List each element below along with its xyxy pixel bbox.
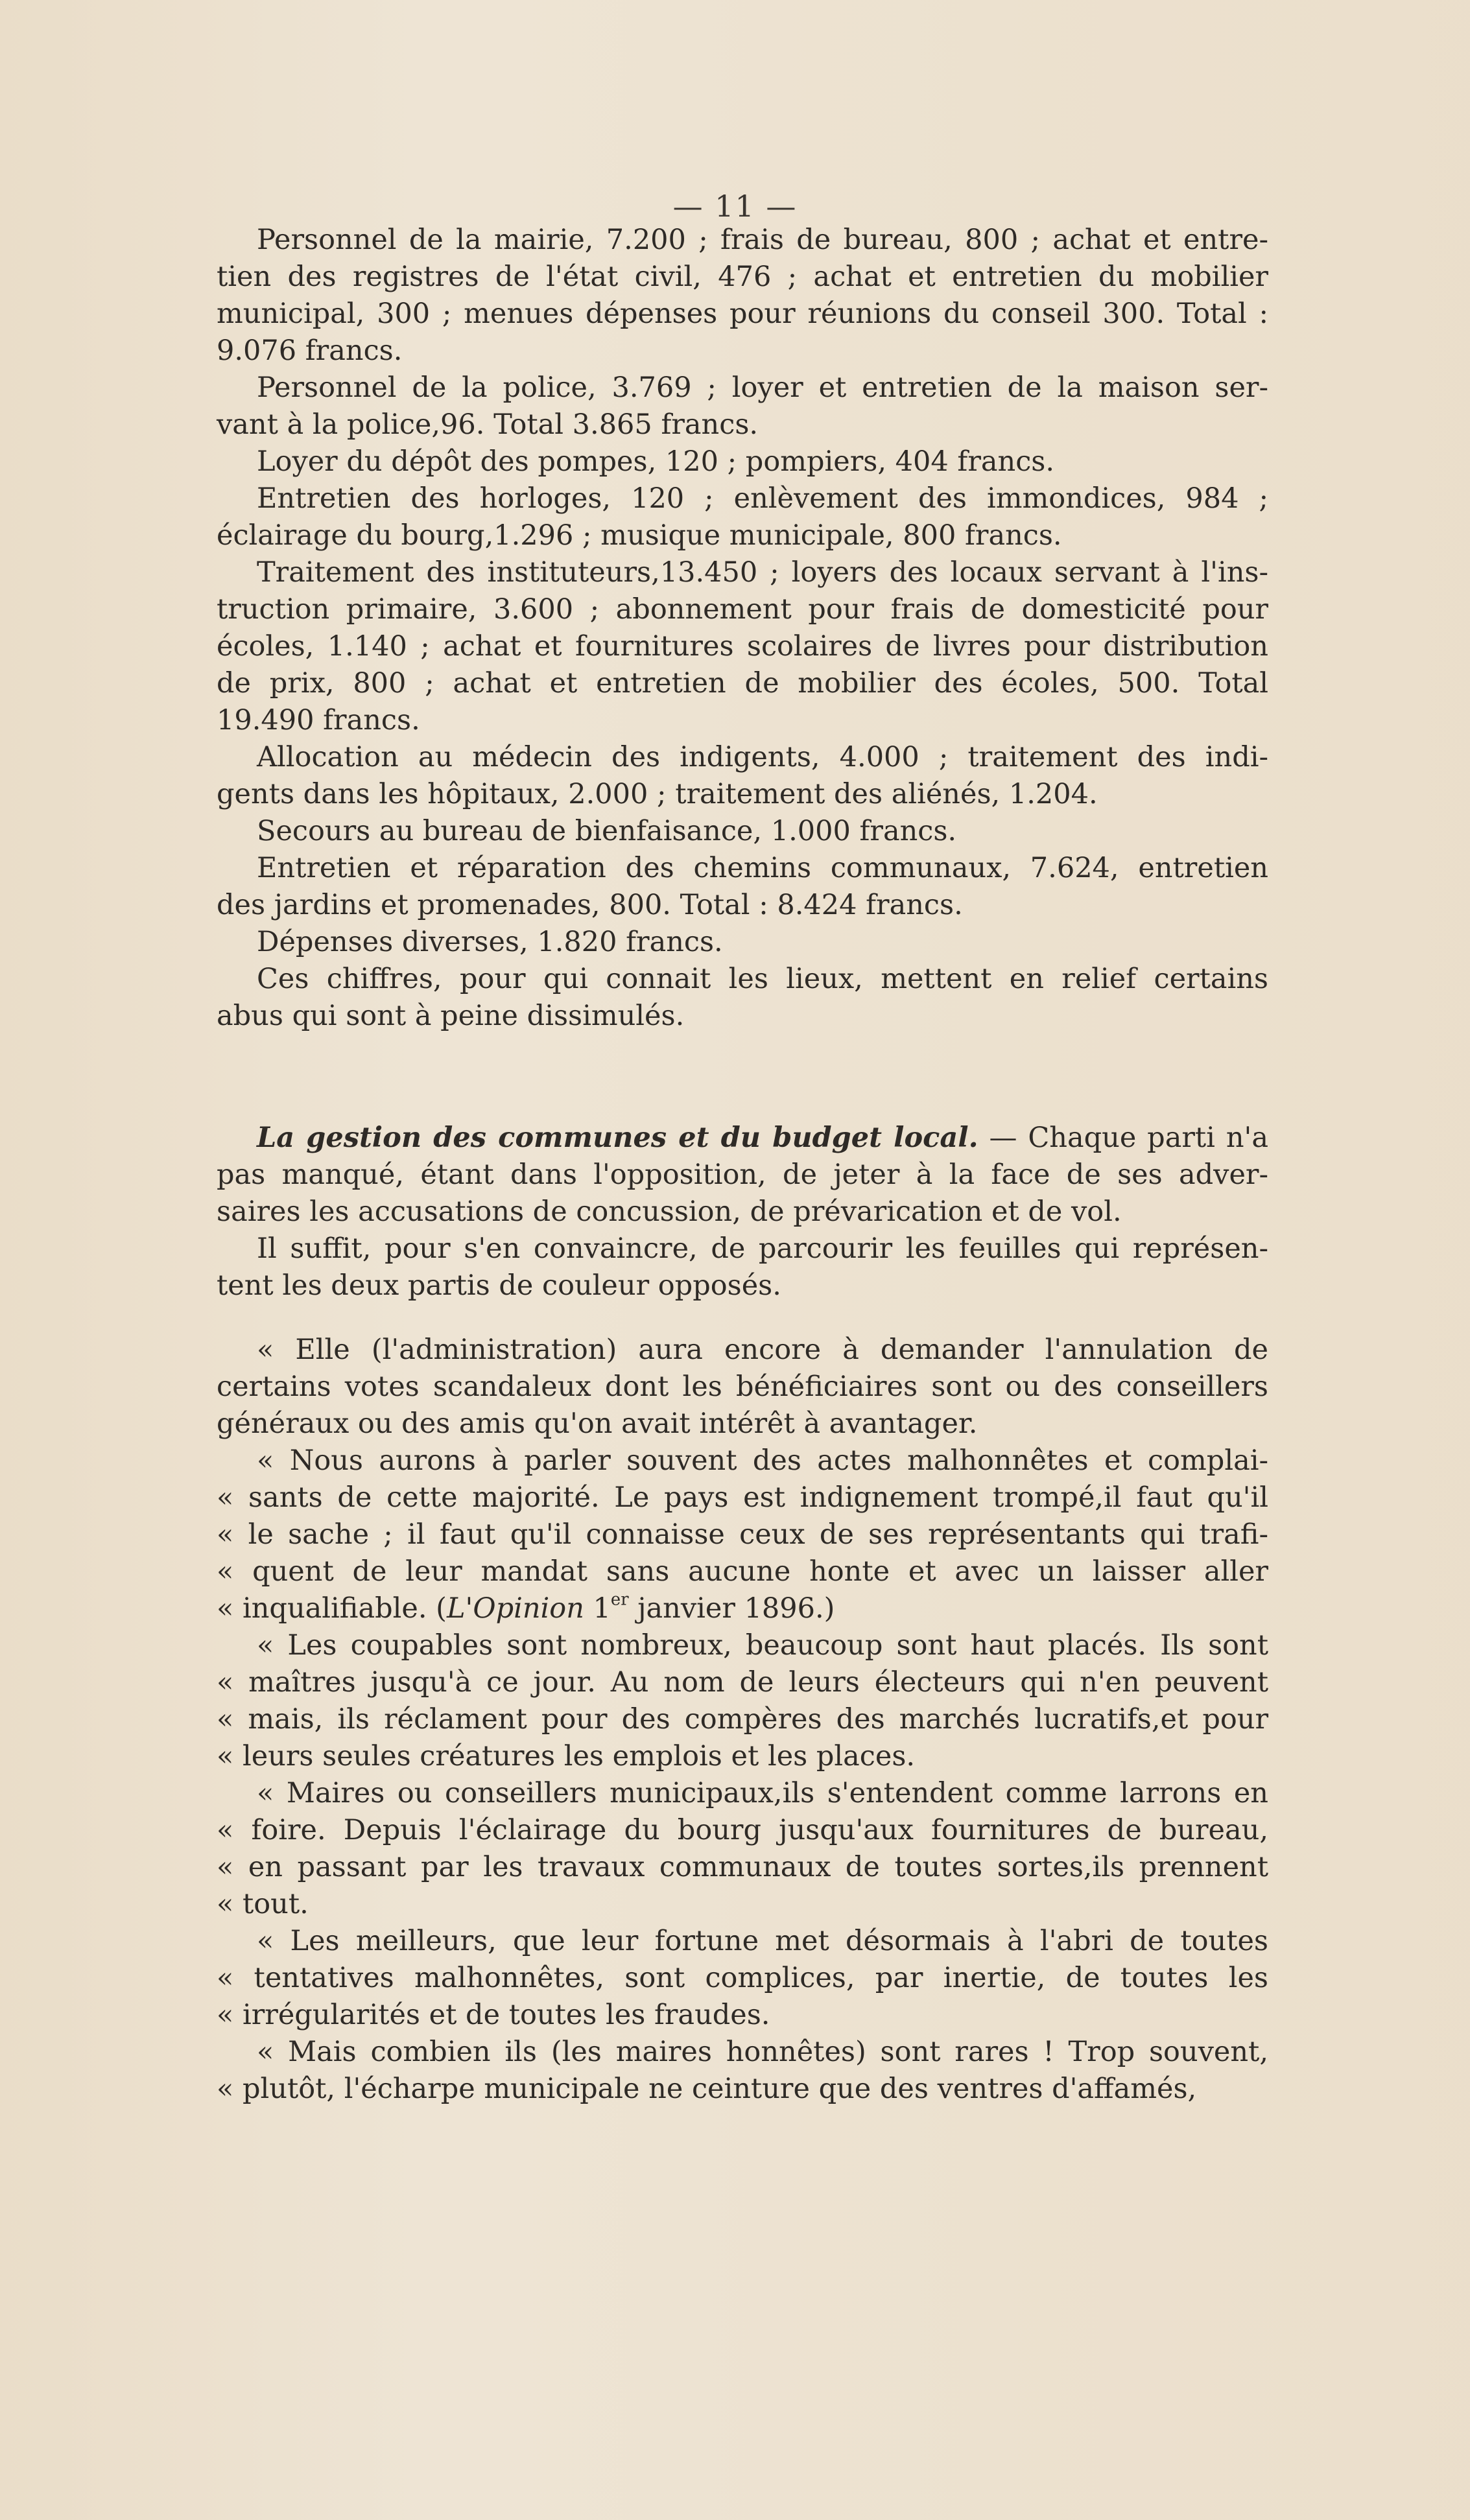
text-line: « foire. Depuis l'éclairage du bourg jus… xyxy=(176,1812,1268,1849)
text-line: abus qui sont à peine dissimulés. xyxy=(176,998,1268,1035)
text-line: 9.076 francs. xyxy=(176,333,1268,370)
paragraph-depenses-diverses: Dépenses diverses, 1.820 francs. xyxy=(176,924,1268,961)
text-line: « Nous aurons à parler souvent des actes… xyxy=(176,1443,1268,1479)
page-number: — 11 — xyxy=(0,187,1470,226)
body-text: Personnel de la mairie, 7.200 ; frais de… xyxy=(176,222,1268,2108)
text-line: « leurs seules créatures les emplois et … xyxy=(176,1738,1268,1775)
text-line: éclairage du bourg,1.296 ; musique munic… xyxy=(176,517,1268,554)
text-line: « le sache ; il faut qu'il connaisse ceu… xyxy=(176,1516,1268,1553)
citation-superscript: er xyxy=(611,1590,629,1610)
text-line: « irrégularités et de toutes les fraudes… xyxy=(176,1997,1268,2034)
paragraph-mairie: Personnel de la mairie, 7.200 ; frais de… xyxy=(176,222,1268,370)
paragraph-pompes: Loyer du dépôt des pompes, 120 ; pompier… xyxy=(176,443,1268,480)
citation-date: janvier 1896.) xyxy=(629,1592,835,1625)
text-line: « Maires ou conseillers municipaux,ils s… xyxy=(176,1775,1268,1812)
text-line: truction primaire, 3.600 ; abonnement po… xyxy=(176,591,1268,628)
paragraph-police: Personnel de la police, 3.769 ; loyer et… xyxy=(176,370,1268,443)
text-line: Secours au bureau de bienfaisance, 1.000… xyxy=(176,813,1268,850)
section-paragraph-2: Il suffit, pour s'en convaincre, de parc… xyxy=(176,1231,1268,1304)
text-line: des jardins et promenades, 800. Total : … xyxy=(176,887,1268,924)
text-line: tent les deux partis de couleur opposés. xyxy=(176,1267,1268,1304)
text-line: 19.490 francs. xyxy=(176,702,1268,739)
paragraph-horloges: Entretien des horloges, 120 ; enlèvement… xyxy=(176,480,1268,554)
quote-coupables: « Les coupables sont nombreux, beaucoup … xyxy=(176,1627,1268,1775)
citation-day: 1 xyxy=(584,1592,611,1625)
text-line: La gestion des communes et du budget loc… xyxy=(176,1120,1268,1157)
text-line: Il suffit, pour s'en convaincre, de parc… xyxy=(176,1231,1268,1267)
quote-maires: « Maires ou conseillers municipaux,ils s… xyxy=(176,1775,1268,1923)
text-line: généraux ou des amis qu'on avait intérêt… xyxy=(176,1406,1268,1443)
text-line: Allocation au médecin des indigents, 4.0… xyxy=(176,739,1268,776)
text-line: vant à la police,96. Total 3.865 francs. xyxy=(176,406,1268,443)
text-line: gents dans les hôpitaux, 2.000 ; traitem… xyxy=(176,776,1268,813)
text-line: certains votes scandaleux dont les bénéf… xyxy=(176,1369,1268,1406)
text-line: « maîtres jusqu'à ce jour. Au nom de leu… xyxy=(176,1664,1268,1701)
text-line: Personnel de la mairie, 7.200 ; frais de… xyxy=(176,222,1268,259)
paragraph-chemins: Entretien et réparation des chemins comm… xyxy=(176,850,1268,924)
quote-majorite: « Nous aurons à parler souvent des actes… xyxy=(176,1443,1268,1627)
text-line: saires les accusations de concussion, de… xyxy=(176,1194,1268,1231)
text-line: « mais, ils réclament pour des compères … xyxy=(176,1701,1268,1738)
quote-spacer xyxy=(176,1304,1268,1332)
text-fragment: « inqualifiable. ( xyxy=(217,1592,447,1625)
section-spacer xyxy=(176,1035,1268,1120)
section-intro: La gestion des communes et du budget loc… xyxy=(176,1120,1268,1231)
quote-meilleurs: « Les meilleurs, que leur fortune met dé… xyxy=(176,1923,1268,2034)
text-line: « Elle (l'administration) aura encore à … xyxy=(176,1332,1268,1369)
text-line: « sants de cette majorité. Le pays est i… xyxy=(176,1479,1268,1516)
text-line: « plutôt, l'écharpe municipale ne ceintu… xyxy=(176,2071,1268,2108)
text-line: « Mais combien ils (les maires honnêtes)… xyxy=(176,2034,1268,2071)
citation-source: L'Opinion xyxy=(447,1592,584,1625)
text-line: Entretien des horloges, 120 ; enlèvement… xyxy=(176,480,1268,517)
text-line: Traitement des instituteurs,13.450 ; loy… xyxy=(176,554,1268,591)
paragraph-conclusion: Ces chiffres, pour qui connait les lieux… xyxy=(176,961,1268,1035)
paragraph-bienfaisance: Secours au bureau de bienfaisance, 1.000… xyxy=(176,813,1268,850)
text-line: « Les meilleurs, que leur fortune met dé… xyxy=(176,1923,1268,1960)
text-line: de prix, 800 ; achat et entretien de mob… xyxy=(176,665,1268,702)
text-line: « tout. xyxy=(176,1886,1268,1923)
quote-maires-honnetes: « Mais combien ils (les maires honnêtes)… xyxy=(176,2034,1268,2108)
text-line: « tentatives malhonnêtes, sont complices… xyxy=(176,1960,1268,1997)
text-line: « en passant par les travaux communaux d… xyxy=(176,1849,1268,1886)
text-line: tien des registres de l'état civil, 476 … xyxy=(176,259,1268,296)
text-line: écoles, 1.140 ; achat et fournitures sco… xyxy=(176,628,1268,665)
text-line: « inqualifiable. (L'Opinion 1er janvier … xyxy=(176,1590,1268,1627)
paragraph-indigents: Allocation au médecin des indigents, 4.0… xyxy=(176,739,1268,813)
text-line: « Les coupables sont nombreux, beaucoup … xyxy=(176,1627,1268,1664)
text-line: Dépenses diverses, 1.820 francs. xyxy=(176,924,1268,961)
text-line: Loyer du dépôt des pompes, 120 ; pompier… xyxy=(176,443,1268,480)
paragraph-instituteurs: Traitement des instituteurs,13.450 ; loy… xyxy=(176,554,1268,739)
text-line: « quent de leur mandat sans aucune honte… xyxy=(176,1553,1268,1590)
section-title: La gestion des communes et du budget loc… xyxy=(257,1122,978,1154)
text-line: pas manqué, étant dans l'opposition, de … xyxy=(176,1157,1268,1194)
text-fragment: — Chaque parti n'a xyxy=(978,1122,1268,1154)
text-line: municipal, 300 ; menues dépenses pour ré… xyxy=(176,296,1268,333)
quote-administration: « Elle (l'administration) aura encore à … xyxy=(176,1332,1268,1443)
text-line: Entretien et réparation des chemins comm… xyxy=(176,850,1268,887)
text-line: Personnel de la police, 3.769 ; loyer et… xyxy=(176,370,1268,406)
text-line: Ces chiffres, pour qui connait les lieux… xyxy=(176,961,1268,998)
